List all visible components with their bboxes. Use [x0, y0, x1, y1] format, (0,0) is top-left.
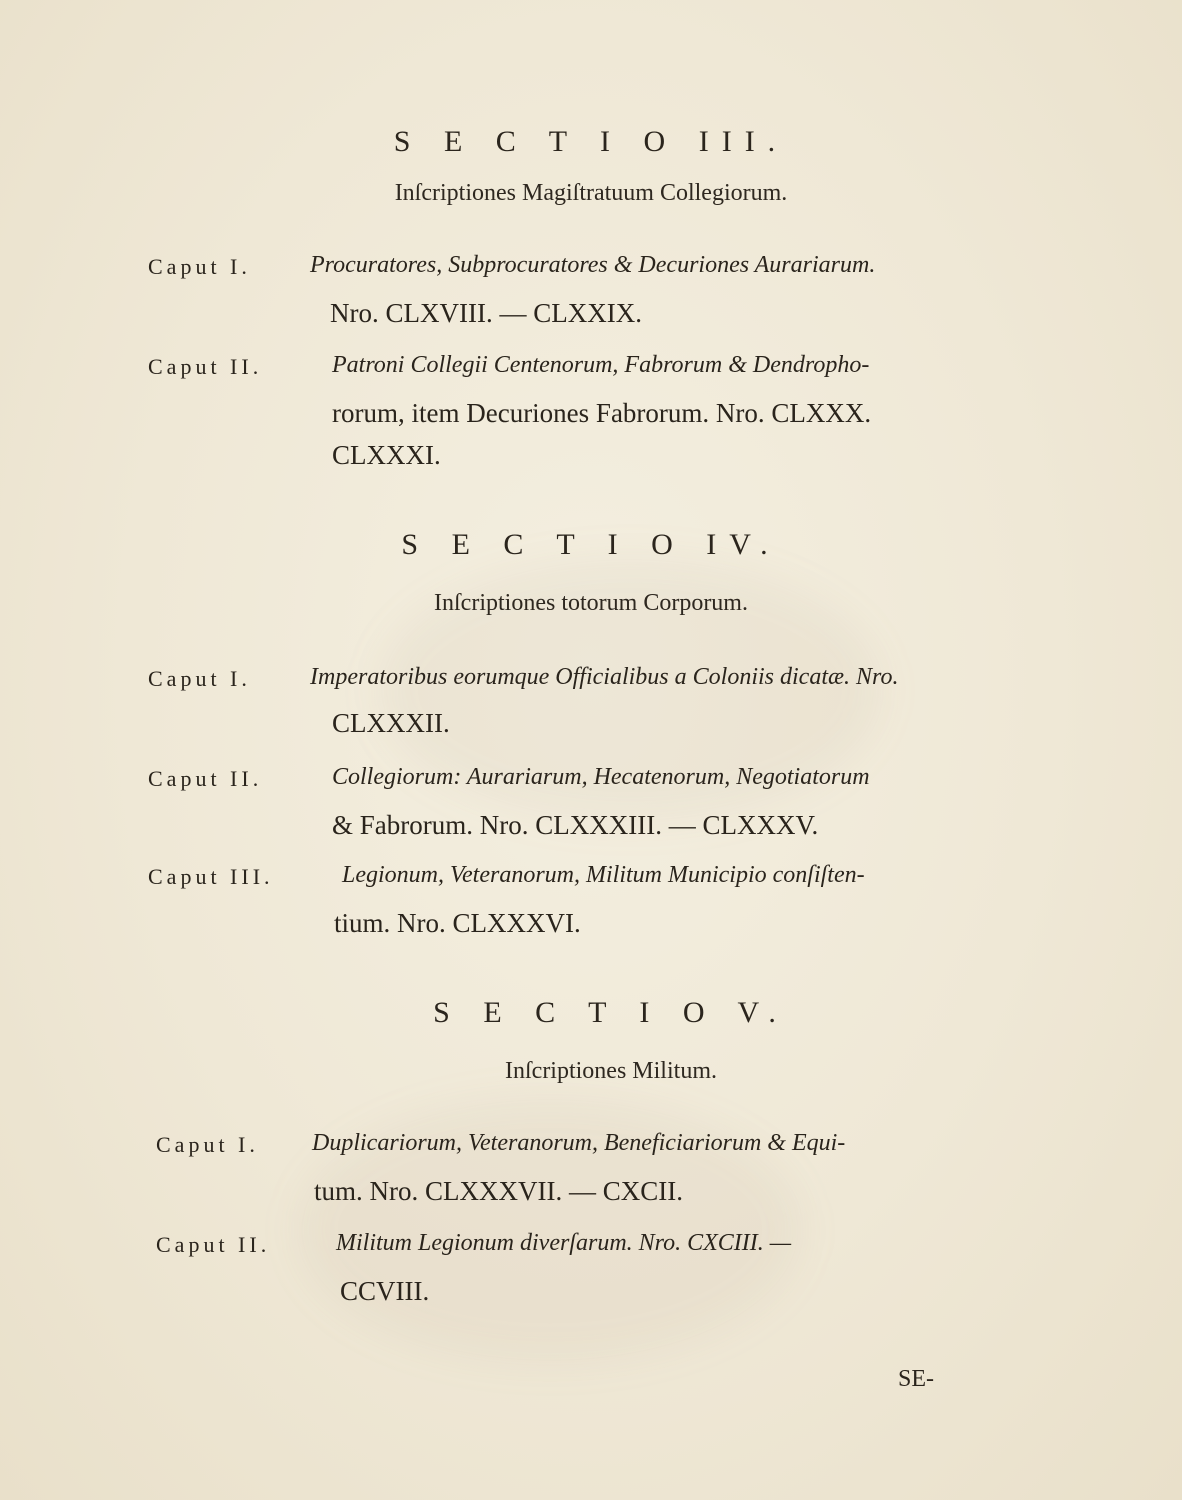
caput-label: Caput I.	[156, 1132, 259, 1158]
caput-text-line: CCVIII.	[340, 1276, 429, 1307]
catchword: SE-	[898, 1366, 934, 1393]
section-title: S E C T I O III.	[0, 125, 1182, 159]
caput-text-line: Collegiorum: Aurariarum, Hecatenorum, Ne…	[332, 764, 870, 791]
section-subtitle: Inſcriptiones Magiſtratuum Collegiorum.	[0, 180, 1182, 207]
caput-text-line: Duplicariorum, Veteranorum, Beneficiario…	[312, 1130, 845, 1157]
caput-text-line: rorum, item Decuriones Fabrorum. Nro. CL…	[332, 398, 871, 429]
caput-label: Caput III.	[148, 864, 274, 890]
section-subtitle: Inſcriptiones Militum.	[20, 1058, 1182, 1085]
caput-label: Caput II.	[156, 1232, 270, 1258]
section-title: S E C T I O V.	[20, 996, 1182, 1030]
caput-text-line: tium. Nro. CLXXXVI.	[334, 908, 581, 939]
caput-label: Caput I.	[148, 666, 251, 692]
caput-text-line: Legionum, Veteranorum, Militum Municipio…	[342, 862, 865, 889]
caput-text-line: Militum Legionum diverſarum. Nro. CXCIII…	[336, 1230, 791, 1257]
caput-text-line: Procuratores, Subprocuratores & Decurion…	[310, 252, 875, 279]
caput-text-line: Nro. CLXVIII. — CLXXIX.	[330, 298, 642, 329]
caput-label: Caput II.	[148, 354, 262, 380]
caput-text-line: & Fabrorum. Nro. CLXXXIII. — CLXXXV.	[332, 810, 818, 841]
caput-text-line: Imperatoribus eorumque Officialibus a Co…	[310, 664, 898, 691]
caput-text-line: CLXXXI.	[332, 440, 441, 471]
book-page: S E C T I O III. Inſcriptiones Magiſtrat…	[0, 0, 1182, 1500]
caput-text-line: Patroni Collegii Centenorum, Fabrorum & …	[332, 352, 869, 379]
caput-label: Caput I.	[148, 254, 251, 280]
caput-label: Caput II.	[148, 766, 262, 792]
section-title: S E C T I O IV.	[0, 528, 1182, 562]
caput-text-line: tum. Nro. CLXXXVII. — CXCII.	[314, 1176, 683, 1207]
caput-text-line: CLXXXII.	[332, 708, 450, 739]
section-subtitle: Inſcriptiones totorum Corporum.	[0, 590, 1182, 617]
